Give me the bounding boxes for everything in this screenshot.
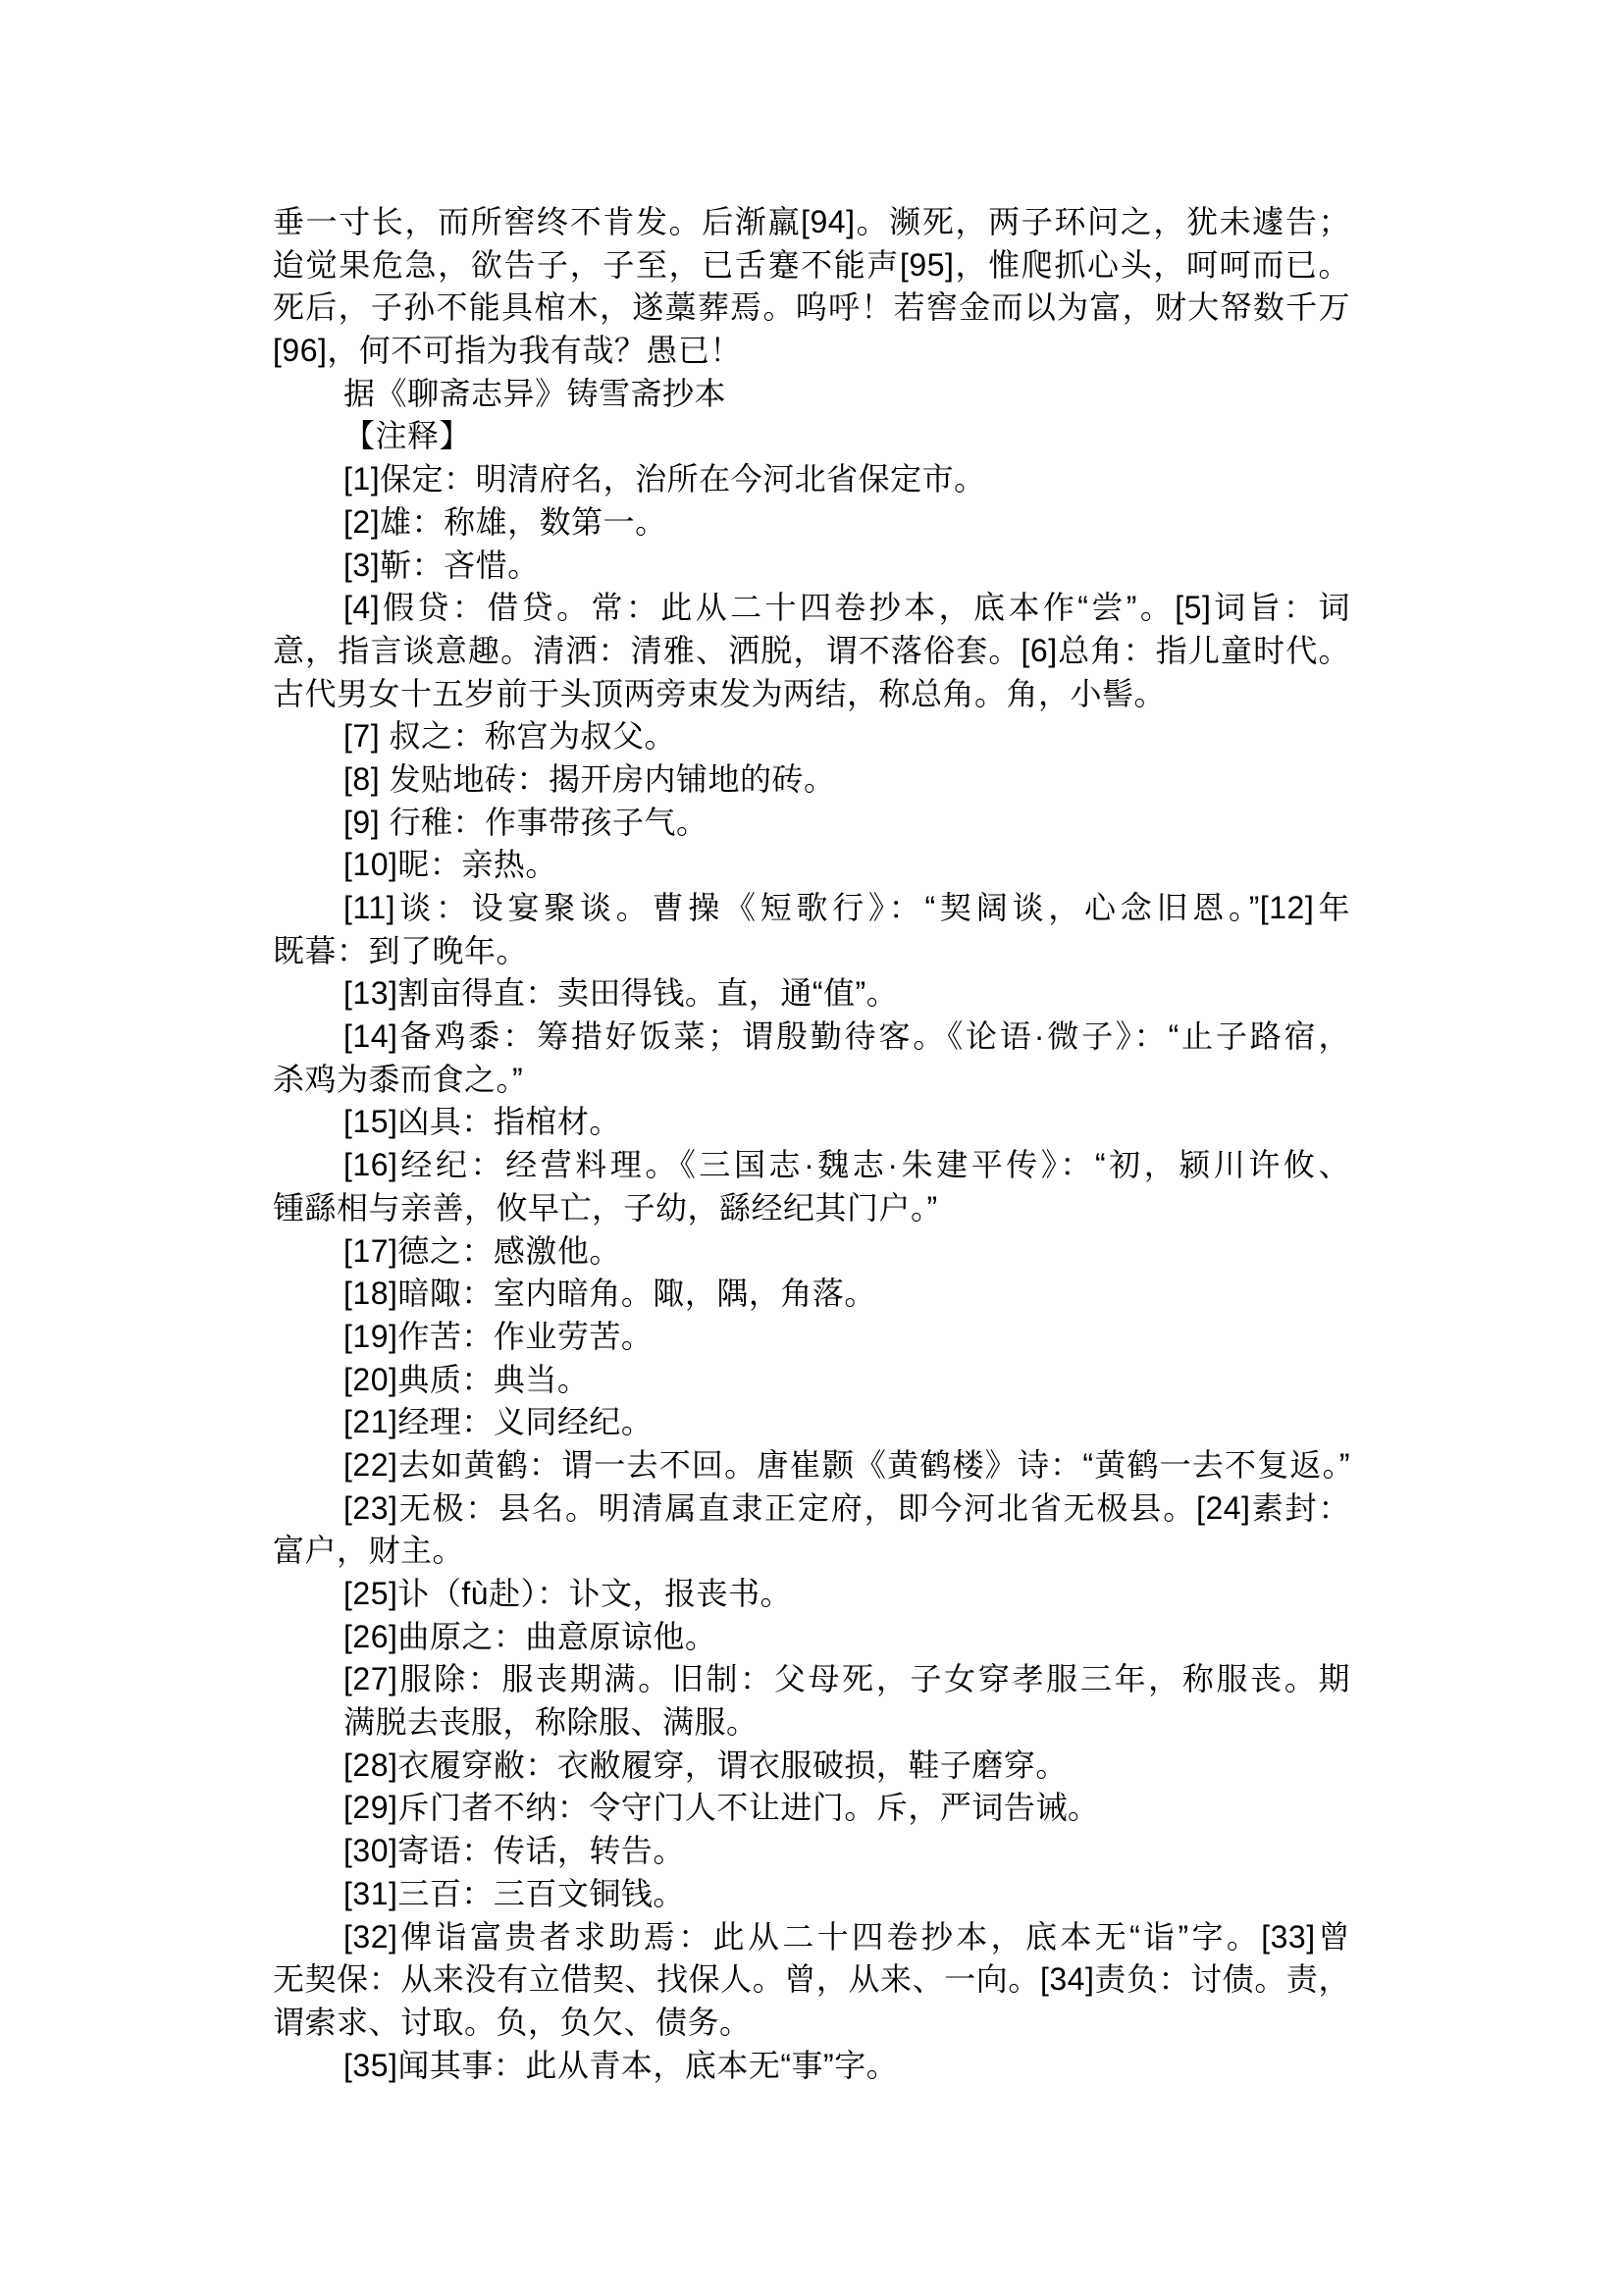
text-line: [27]服除：服丧期满。旧制：父母死，子女穿孝服三年，称服丧。期	[273, 1658, 1350, 1701]
text-line: 谓索求、讨取。负，负欠、债务。	[273, 2002, 1350, 2045]
text-line: [11]谈：设宴聚谈。曹操《短歌行》：“契阔谈，心念旧恩。”[12]年	[273, 887, 1350, 930]
text-line: [4]假贷：借贷。常：此从二十四卷抄本，底本作“尝”。[5]词旨：词	[273, 587, 1350, 630]
text-line: [8] 发贴地砖：揭开房内铺地的砖。	[273, 758, 1350, 802]
text-line: 富户，财主。	[273, 1530, 1350, 1573]
text-line: [16]经纪：经营料理。《三国志·魏志·朱建平传》：“初，颍川许攸、	[273, 1144, 1350, 1187]
text-line: 【注释】	[273, 415, 1350, 458]
document-page: 垂一寸长，而所窖终不肯发。后渐羸[94]。濒死，两子环问之，犹未遽告；迨觉果危急…	[0, 0, 1624, 2294]
text-line: 既暮：到了晚年。	[273, 930, 1350, 973]
text-line: [10]昵：亲热。	[273, 844, 1350, 887]
text-line: [9] 行稚：作事带孩子气。	[273, 802, 1350, 845]
text-line: [15]凶具：指棺材。	[273, 1101, 1350, 1144]
text-line: [19]作苦：作业劳苦。	[273, 1316, 1350, 1359]
text-line: [25]讣（fù赴）：讣文，报丧书。	[273, 1573, 1350, 1616]
text-line: [26]曲原之：曲意原谅他。	[273, 1616, 1350, 1659]
text-line: [30]寄语：传话，转告。	[273, 1830, 1350, 1873]
text-line: [35]闻其事：此从青本，底本无“事”字。	[273, 2045, 1350, 2088]
text-line: [7] 叔之：称宫为叔父。	[273, 715, 1350, 758]
text-line: [20]典质：典当。	[273, 1359, 1350, 1402]
text-line: [3]靳：吝惜。	[273, 545, 1350, 588]
text-line: [29]斥门者不纳：令守门人不让进门。斥，严词告诫。	[273, 1787, 1350, 1830]
text-line: 古代男女十五岁前于头顶两旁束发为两结，称总角。角，小髻。	[273, 673, 1350, 716]
text-line: 死后，子孙不能具棺木，遂藁葬焉。呜呼！若窖金而以为富，财大帑数千万	[273, 287, 1350, 330]
text-line: [22]去如黄鹤：谓一去不回。唐崔颢《黄鹤楼》诗：“黄鹤一去不复返。”	[273, 1444, 1350, 1487]
text-line: 无契保：从来没有立借契、找保人。曾，从来、一向。[34]责负：讨债。责，	[273, 1958, 1350, 2002]
text-line: [14]备鸡黍：筹措好饭菜；谓殷勤待客。《论语·微子》：“止子路宿，	[273, 1016, 1350, 1059]
text-line: [13]割亩得直：卖田得钱。直，通“值”。	[273, 972, 1350, 1016]
text-line: [32]俾诣富贵者求助焉：此从二十四卷抄本，底本无“诣”字。[33]曾	[273, 1916, 1350, 1959]
text-line: 意，指言谈意趣。清洒：清雅、洒脱，谓不落俗套。[6]总角：指儿童时代。	[273, 630, 1350, 673]
text-line: 锺繇相与亲善，攸早亡，子幼，繇经纪其门户。”	[273, 1187, 1350, 1230]
text-line: 满脱去丧服，称除服、满服。	[273, 1701, 1350, 1745]
text-line: [2]雄：称雄，数第一。	[273, 501, 1350, 545]
text-line: [31]三百：三百文铜钱。	[273, 1873, 1350, 1916]
text-block: 垂一寸长，而所窖终不肯发。后渐羸[94]。濒死，两子环问之，犹未遽告；迨觉果危急…	[273, 201, 1350, 2087]
text-line: 杀鸡为黍而食之。”	[273, 1059, 1350, 1102]
text-line: [18]暗陬：室内暗角。陬，隅，角落。	[273, 1273, 1350, 1316]
text-line: [1]保定：明清府名，治所在今河北省保定市。	[273, 458, 1350, 501]
text-line: 迨觉果危急，欲告子，子至，已舌蹇不能声[95]，惟爬抓心头，呵呵而已。	[273, 244, 1350, 287]
text-line: 据《聊斋志异》铸雪斋抄本	[273, 373, 1350, 416]
text-line: [21]经理：义同经纪。	[273, 1401, 1350, 1444]
text-line: [17]德之：感激他。	[273, 1230, 1350, 1274]
text-line: [28]衣履穿敝：衣敝履穿，谓衣服破损，鞋子磨穿。	[273, 1745, 1350, 1788]
text-line: [96]，何不可指为我有哉？愚已！	[273, 330, 1350, 373]
text-line: [23]无极：县名。明清属直隶正定府，即今河北省无极县。[24]素封：	[273, 1487, 1350, 1531]
text-line: 垂一寸长，而所窖终不肯发。后渐羸[94]。濒死，两子环问之，犹未遽告；	[273, 201, 1350, 244]
